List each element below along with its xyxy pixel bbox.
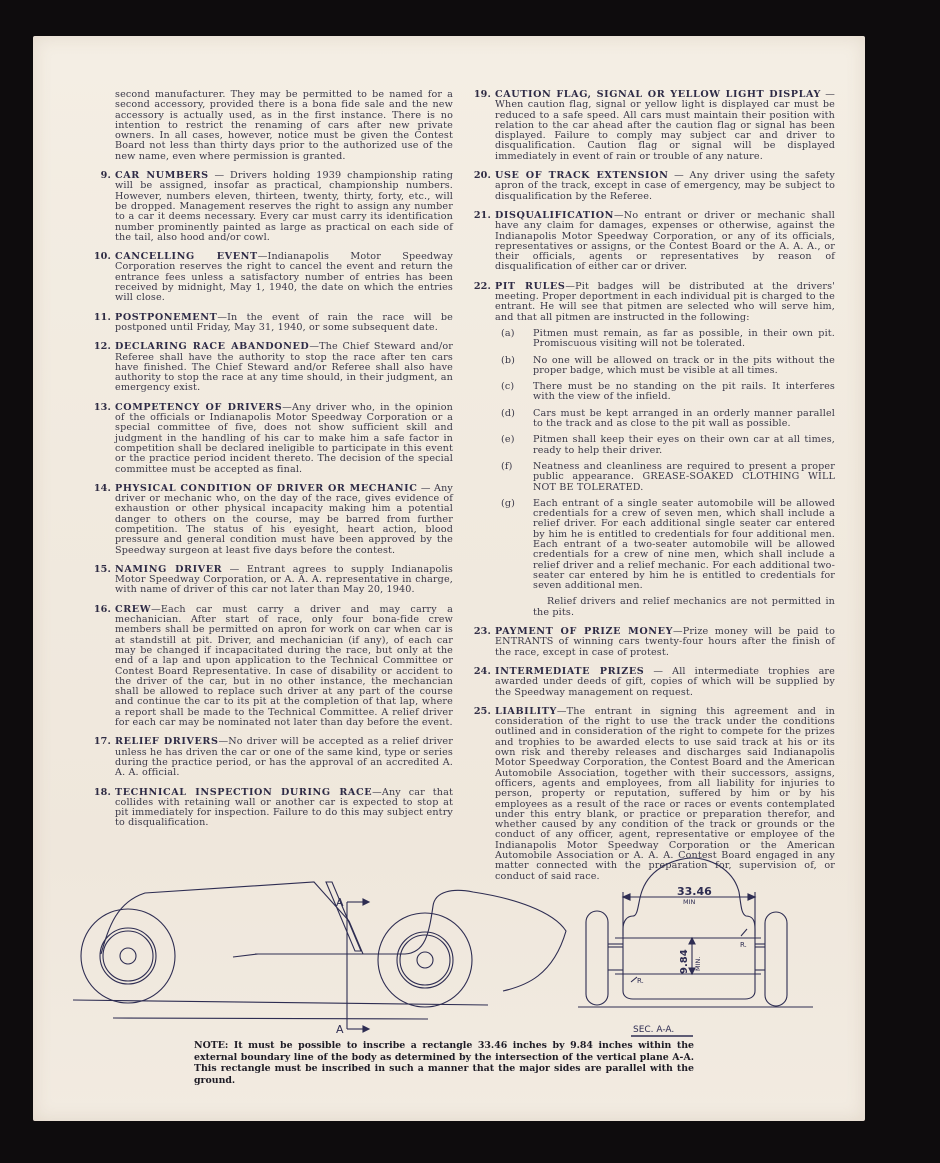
pit-rule-label: (a)	[495, 329, 527, 339]
pit-rule-text: There must be no standing on the pit rai…	[533, 381, 835, 402]
width-qualifier-label: MIN	[683, 898, 696, 906]
pit-rule-label: (b)	[495, 356, 527, 366]
rear-wheel	[378, 913, 472, 1007]
section-right-wheel	[765, 912, 787, 1006]
rule-14: 14.PHYSICAL CONDITION OF DRIVER OR MECHA…	[83, 484, 453, 556]
rule-number: 17.	[83, 737, 111, 747]
rule-text: Drivers holding 1939 championship rating…	[115, 170, 453, 243]
rule-8-continuation: second manufacturer. They may be permitt…	[83, 90, 453, 162]
pit-rule-item: (d)Cars must be kept arranged in an orde…	[495, 409, 835, 430]
rule-number: 16.	[83, 605, 111, 615]
pit-rule-label: (f)	[495, 462, 527, 472]
rule-22-pit-rules: 22. PIT RULES—Pit badges will be distrib…	[463, 282, 835, 618]
rule-24: 24.INTERMEDIATE PRIZES — All intermediat…	[463, 667, 835, 698]
pit-rule-label: (e)	[495, 435, 527, 445]
pit-rule-item: (g)Each entrant of a single seater autom…	[495, 499, 835, 592]
rule-number: 19.	[463, 90, 491, 100]
pit-rule-text: Pitmen must remain, as far as possible, …	[533, 328, 835, 349]
rule-17: 17.RELIEF DRIVERS—No driver will be acce…	[83, 737, 453, 778]
rule-9: 9.CAR NUMBERS — Drivers holding 1939 cha…	[83, 171, 453, 243]
rule-15: 15.NAMING DRIVER — Entrant agrees to sup…	[83, 565, 453, 596]
rule-text: Any driver who, in the opinion of the of…	[115, 402, 453, 475]
rule-number: 15.	[83, 565, 111, 575]
section-caption: SEC. A-A.	[633, 1025, 674, 1035]
right-column: 19.CAUTION FLAG, SIGNAL OR YELLOW LIGHT …	[463, 90, 835, 891]
windscreen	[326, 882, 361, 951]
rule-number: 12.	[83, 342, 111, 352]
section-left-wheel	[586, 911, 608, 1005]
rule-text: Each car must carry a driver and may car…	[115, 604, 453, 728]
left-column: second manufacturer. They may be permitt…	[83, 90, 453, 838]
pit-rule-item: (f)Neatness and cleanliness are required…	[495, 462, 835, 493]
rule-19: 19.CAUTION FLAG, SIGNAL OR YELLOW LIGHT …	[463, 90, 835, 162]
rule-16: 16.CREW—Each car must carry a driver and…	[83, 605, 453, 729]
rule-number: 11.	[83, 313, 111, 323]
radius-label-top: R.	[740, 941, 747, 949]
rule-20: 20.USE OF TRACK EXTENSION — Any driver u…	[463, 171, 835, 202]
height-dimension-label: 9.84	[679, 949, 690, 974]
section-marker-top: A	[336, 896, 344, 909]
pit-rule-item: (c)There must be no standing on the pit …	[495, 382, 835, 403]
rule-number: 25.	[463, 707, 491, 717]
height-qualifier-label: MIN.	[694, 957, 702, 971]
rule-number: 18.	[83, 788, 111, 798]
rule-10: 10.CANCELLING EVENT—Indianapolis Motor S…	[83, 252, 453, 303]
rule-13: 13.COMPETENCY OF DRIVERS—Any driver who,…	[83, 403, 453, 475]
ground-line	[73, 1000, 488, 1005]
pit-rule-item: (a)Pitmen must remain, as far as possibl…	[495, 329, 835, 350]
rule-text: When caution flag, signal or yellow ligh…	[495, 99, 835, 161]
rule-number: 21.	[463, 211, 491, 221]
pit-rule-item: (e)Pitmen shall keep their eyes on their…	[495, 435, 835, 456]
car-body-rear-outline	[349, 890, 566, 991]
rule-11: 11.POSTPONEMENT—In the event of rain the…	[83, 313, 453, 334]
rule-number: 10.	[83, 252, 111, 262]
rule-number: 14.	[83, 484, 111, 494]
radius-label-bottom: R.	[637, 977, 644, 985]
rule-number: 23.	[463, 627, 491, 637]
rule-23: 23.PAYMENT OF PRIZE MONEY—Prize money wi…	[463, 627, 835, 658]
rule-text: Any driver or mechanic who, on the day o…	[115, 483, 453, 556]
rule-number: 20.	[463, 171, 491, 181]
rule-number: 13.	[83, 403, 111, 413]
rule-12: 12.DECLARING RACE ABANDONED—The Chief St…	[83, 342, 453, 393]
pit-rule-label: (c)	[495, 382, 527, 392]
rule-number: 24.	[463, 667, 491, 677]
rule-21: 21.DISQUALIFICATION—No entrant or driver…	[463, 211, 835, 273]
rule-text: No entrant or driver or mechanic shall h…	[495, 210, 835, 272]
pit-rule-text: No one will be allowed on track or in th…	[533, 355, 835, 376]
pit-rule-label: (g)	[495, 499, 527, 509]
car-body-front-outline	[101, 882, 349, 954]
rule-18: 18.TECHNICAL INSPECTION DURING RACE—Any …	[83, 788, 453, 829]
rule-25: 25.LIABILITY—The entrant in signing this…	[463, 707, 835, 882]
pit-rule-text: Pitmen shall keep their eyes on their ow…	[533, 434, 835, 455]
pit-rule-item: (b)No one will be allowed on track or in…	[495, 356, 835, 377]
document-page: second manufacturer. They may be permitt…	[33, 36, 865, 1121]
pit-rule-text: Each entrant of a single seater automobi…	[533, 498, 835, 591]
pit-rule-text: Neatness and cleanliness are required to…	[533, 461, 835, 493]
pit-rule-text: Cars must be kept arranged in an orderly…	[533, 408, 835, 429]
pit-rule-label: (d)	[495, 409, 527, 419]
pit-rules-closing: Relief drivers and relief mechanics are …	[495, 597, 835, 618]
rule-number: 9.	[83, 171, 111, 181]
diagram-note: NOTE: It must be possible to inscribe a …	[194, 1040, 694, 1086]
rule-number: 22.	[463, 282, 491, 292]
rule-text: The entrant in signing this agreement an…	[495, 706, 835, 882]
front-wheel	[81, 909, 175, 1003]
section-marker-bottom: A	[336, 1023, 344, 1036]
